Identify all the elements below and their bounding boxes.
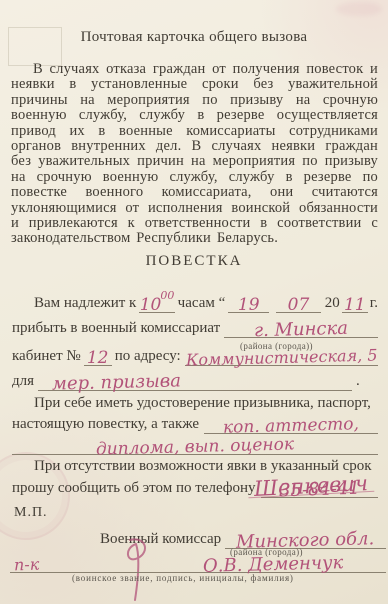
cabinet-value: 12 bbox=[87, 351, 109, 365]
address-value: Коммунистическая, 5 bbox=[185, 348, 377, 367]
pink-smudge-artifact bbox=[336, 2, 382, 16]
rank-signature-caption: (воинское звание, подпись, инициалы, фам… bbox=[72, 573, 294, 583]
scanned-summons-card: Почтовая карточка общего вызова В случая… bbox=[0, 0, 388, 604]
intro-paragraph: В случаях отказа граждан от получения по… bbox=[11, 62, 378, 247]
absence-line-2: прошу сообщить об этом по телефону bbox=[12, 478, 256, 498]
rank-blank: п-к bbox=[10, 552, 94, 573]
handwritten-signature: Шенкевич bbox=[248, 476, 375, 499]
seal-place-label: М.П. bbox=[14, 505, 48, 521]
arrive-label: прибыть в военный комиссариат bbox=[12, 318, 220, 338]
hours-blank: 1000 bbox=[139, 292, 174, 313]
officer-name-value: О.В. Деменчук bbox=[203, 556, 344, 574]
commissariat-blank: г. Минска bbox=[224, 317, 378, 338]
cabinet-label: кабинет № bbox=[12, 346, 81, 366]
hours-unit-label: часам “ bbox=[178, 293, 226, 313]
month-value: 07 bbox=[288, 298, 310, 312]
day-value: 19 bbox=[238, 298, 260, 312]
year-century-label: 20 bbox=[325, 293, 340, 313]
address-blank: Коммунистическая, 5 bbox=[185, 345, 378, 366]
purpose-end-dot: . bbox=[356, 371, 360, 391]
month-blank: 07 bbox=[276, 292, 321, 313]
purpose-blank: мер. призыва bbox=[38, 370, 352, 391]
year-value: 11 bbox=[344, 298, 366, 312]
rank-signature-row: п-к О.В. Деменчук bbox=[10, 552, 386, 573]
hours-minutes-sup: 00 bbox=[160, 289, 174, 303]
day-blank: 19 bbox=[228, 292, 269, 313]
hours-value: 10 bbox=[140, 298, 162, 312]
year-suffix-label: г. bbox=[370, 293, 378, 313]
rank-value: п-к bbox=[14, 558, 40, 573]
bring-blank-1: коп. аттесто, bbox=[204, 413, 378, 434]
purpose-label: для bbox=[12, 371, 34, 391]
officer-name-blank: О.В. Деменчук bbox=[160, 552, 386, 573]
bring-line-3-row: диплома, вып. оценок bbox=[12, 434, 378, 455]
summons-heading: ПОВЕСТКА bbox=[0, 253, 388, 270]
bring-value-1: коп. аттесто, bbox=[223, 417, 359, 435]
bring-blank-2: диплома, вып. оценок bbox=[12, 434, 378, 455]
commissariat-row: прибыть в военный комиссариат г. Минска bbox=[12, 313, 378, 338]
year-blank: 11 bbox=[342, 292, 368, 313]
bring-line-2-row: настоящую повестку, а также коп. аттесто… bbox=[12, 413, 378, 434]
address-label: по адресу: bbox=[115, 346, 181, 366]
commissar-blank: Минского обл. bbox=[225, 528, 386, 549]
bring-line-2: настоящую повестку, а также bbox=[12, 414, 199, 434]
bring-line-1: При себе иметь удостоверение призывника,… bbox=[12, 394, 378, 413]
address-row: кабинет № 12 по адресу: Коммунистическая… bbox=[12, 344, 378, 366]
cabinet-blank: 12 bbox=[84, 345, 112, 366]
card-title: Почтовая карточка общего вызова bbox=[0, 29, 388, 46]
summons-form: Вам надлежит к 1000 часам “ 19 07 20 11 … bbox=[12, 287, 378, 498]
signature-stroke-blank bbox=[94, 552, 160, 573]
commissariat-value: г. Минска bbox=[254, 322, 348, 338]
bring-value-2: диплома, вып. оценок bbox=[96, 437, 294, 456]
purpose-row: для мер. призыва . bbox=[12, 366, 378, 391]
appear-time-row: Вам надлежит к 1000 часам “ 19 07 20 11 … bbox=[12, 287, 378, 313]
appear-time-label: Вам надлежит к bbox=[12, 293, 136, 313]
purpose-value: мер. призыва bbox=[52, 374, 181, 391]
